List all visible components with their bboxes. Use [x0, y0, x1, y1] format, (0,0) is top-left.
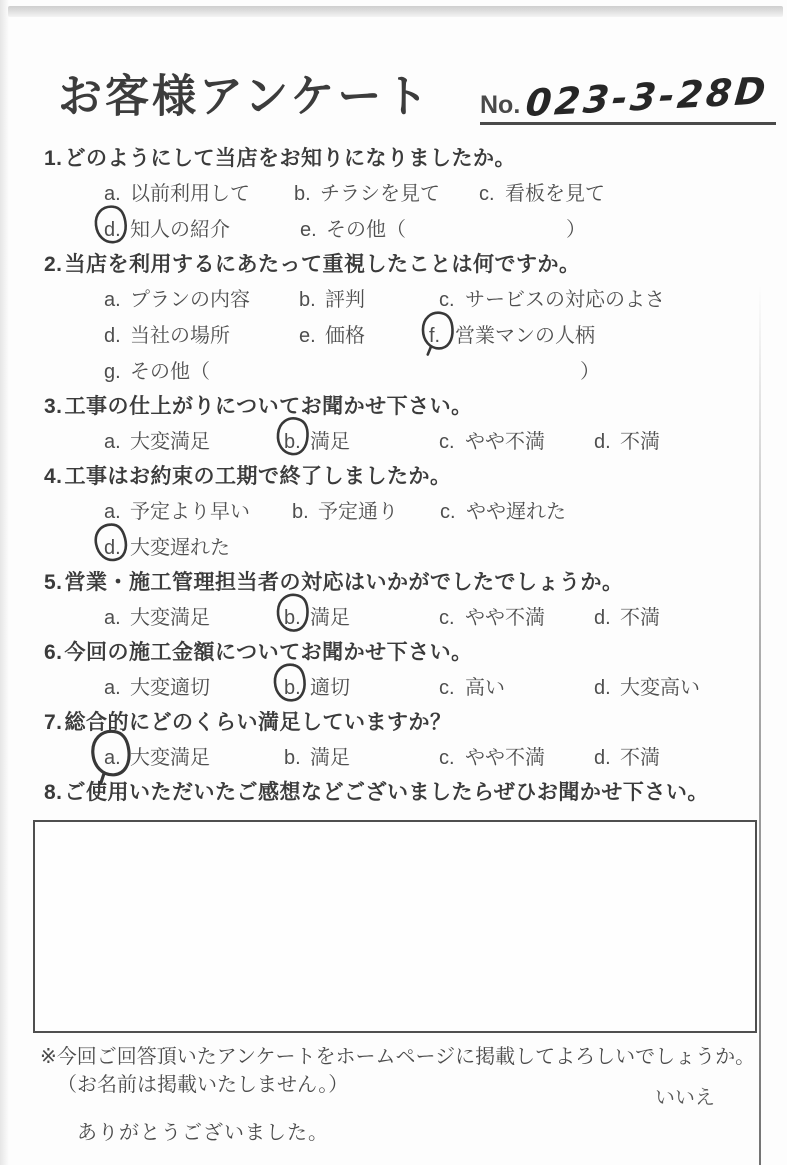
question-title: 3.工事の仕上がりについてお聞かせ下さい。: [44, 390, 761, 424]
question-title: 6.今回の施工金額についてお聞かせ下さい。: [44, 636, 761, 670]
scan-edge-top: [8, 6, 783, 17]
option-key: g.: [104, 354, 130, 390]
thanks-message: ありがとうございました。: [77, 1116, 329, 1145]
option-text: チラシを見て: [320, 176, 440, 212]
closing-paren: ）: [566, 212, 586, 248]
option-key: d.: [594, 600, 620, 636]
option-text: 適切: [310, 670, 350, 706]
option-key: c.: [439, 424, 465, 460]
option-text: 満足: [310, 424, 350, 460]
question-text: 工事の仕上がりについてお聞かせ下さい。: [65, 395, 473, 418]
option: f.営業マンの人柄: [429, 318, 595, 354]
option-key: b.: [292, 494, 318, 530]
question: 8.ご使用いただいたご感想などございましたらぜひお聞かせ下さい。: [44, 776, 761, 810]
option: c.サービスの対応のよさ: [439, 282, 665, 318]
option-row: a.大変満足b.満足c.やや不満d.不満: [44, 740, 761, 776]
option-key: b.: [294, 176, 320, 212]
option-key: a.: [104, 600, 130, 636]
option-row: d.当社の場所e.価格f.営業マンの人柄: [44, 318, 761, 354]
question-number: 1.: [44, 147, 63, 170]
option-text: 高い: [465, 670, 505, 706]
option-row: a.大変適切b.適切c.高いd.大変高い: [44, 670, 761, 706]
option-key: b.: [284, 424, 310, 460]
question-title: 2.当店を利用するにあたって重視したことは何ですか。: [44, 248, 761, 282]
option-text: 予定通り: [318, 494, 398, 530]
option-text: 価格: [325, 318, 365, 354]
option-text: 大変高い: [620, 670, 700, 706]
option: a.予定より早い: [104, 494, 292, 530]
option: d.不満: [594, 424, 660, 460]
option-key: c.: [439, 740, 465, 776]
option: g.その他（: [104, 354, 210, 390]
question-text: 営業・施工管理担当者の対応はいかがでしたでしょうか。: [65, 571, 624, 594]
question: 2.当店を利用するにあたって重視したことは何ですか。a.プランの内容b.評判c.…: [44, 248, 761, 390]
question: 7.総合的にどのくらい満足していますか？a.大変満足b.満足c.やや不満d.不満: [44, 706, 761, 776]
form-number-field: No. 023-3-28D: [480, 68, 776, 125]
option-key: c.: [439, 282, 465, 318]
question: 5.営業・施工管理担当者の対応はいかがでしたでしょうか。a.大変満足b.満足c.…: [44, 566, 761, 636]
option-key: d.: [104, 530, 130, 566]
option: b.チラシを見て: [294, 176, 479, 212]
option: c.やや不満: [439, 740, 594, 776]
option-text: 以前利用して: [130, 176, 250, 212]
option: d.大変遅れた: [104, 530, 230, 566]
option-row: a.大変満足b.満足c.やや不満d.不満: [44, 424, 761, 460]
name-privacy-note: （お名前は掲載いたしません。）: [57, 1068, 348, 1097]
form-number-label: No.: [480, 91, 520, 122]
option: c.高い: [439, 670, 594, 706]
option-key: a.: [104, 740, 130, 776]
option: b.満足: [284, 740, 439, 776]
option-text: 満足: [310, 740, 350, 776]
comment-box: [33, 820, 757, 1033]
option-text: サービスの対応のよさ: [465, 282, 665, 318]
option-row: d.知人の紹介e.その他（）: [44, 212, 761, 248]
option: a.以前利用して: [104, 176, 294, 212]
option-key: e.: [300, 212, 326, 248]
option-text: やや不満: [465, 740, 545, 776]
option-key: c.: [479, 176, 505, 212]
option-key: c.: [439, 670, 465, 706]
option-text: その他（: [326, 212, 406, 248]
questions: 1.どのようにして当店をお知りになりましたか。a.以前利用してb.チラシを見てc…: [44, 142, 761, 810]
option: c.やや不満: [439, 600, 594, 636]
question-number: 3.: [44, 395, 63, 418]
question-title: 7.総合的にどのくらい満足していますか？: [44, 706, 761, 740]
survey-page: お客様アンケート No. 023-3-28D 1.どのようにして当店をお知りにな…: [0, 0, 787, 1165]
option-row: a.プランの内容b.評判c.サービスの対応のよさ: [44, 282, 761, 318]
scan-edge-left: [0, 0, 9, 1165]
option: a.大変適切: [104, 670, 284, 706]
option-text: 大変適切: [130, 670, 210, 706]
option-key: d.: [104, 212, 130, 248]
option: c.看板を見て: [479, 176, 605, 212]
option-key: b.: [299, 282, 325, 318]
option: d.大変高い: [594, 670, 700, 706]
question-number: 4.: [44, 465, 63, 488]
option-key: d.: [594, 670, 620, 706]
option: e.その他（: [300, 212, 406, 248]
option-key: c.: [439, 600, 465, 636]
option-text: 知人の紹介: [130, 212, 230, 248]
option-key: a.: [104, 424, 130, 460]
question-text: ご使用いただいたご感想などございましたらぜひお聞かせ下さい。: [65, 781, 709, 804]
question-title: 8.ご使用いただいたご感想などございましたらぜひお聞かせ下さい。: [44, 776, 761, 810]
option: a.プランの内容: [104, 282, 299, 318]
option-key: b.: [284, 600, 310, 636]
question-number: 5.: [44, 571, 63, 594]
option-text: プランの内容: [130, 282, 250, 318]
question-title: 1.どのようにして当店をお知りになりましたか。: [44, 142, 761, 176]
question-number: 7.: [44, 711, 63, 734]
option-text: 不満: [620, 740, 660, 776]
option: d.知人の紹介: [104, 212, 300, 248]
option: b.適切: [284, 670, 439, 706]
option-key: f.: [429, 318, 455, 354]
option-key: a.: [104, 670, 130, 706]
option: a.大変満足: [104, 424, 284, 460]
form-number-handwritten-value: 023-3-28D: [524, 69, 770, 125]
option: d.不満: [594, 740, 660, 776]
option-key: b.: [284, 740, 310, 776]
option: b.予定通り: [292, 494, 440, 530]
question: 4.工事はお約束の工期で終了しましたか。a.予定より早いb.予定通りc.やや遅れ…: [44, 460, 761, 566]
question-text: どのようにして当店をお知りになりましたか。: [65, 147, 517, 170]
closing-paren: ）: [580, 354, 600, 390]
question-title: 4.工事はお約束の工期で終了しましたか。: [44, 460, 761, 494]
option-text: 営業マンの人柄: [455, 318, 595, 354]
question-text: 工事はお約束の工期で終了しましたか。: [65, 465, 452, 488]
option-text: やや不満: [465, 600, 545, 636]
option-key: a.: [104, 176, 130, 212]
option-row: a.以前利用してb.チラシを見てc.看板を見て: [44, 176, 761, 212]
question-number: 6.: [44, 641, 63, 664]
option-row: d.大変遅れた: [44, 530, 761, 566]
question: 1.どのようにして当店をお知りになりましたか。a.以前利用してb.チラシを見てc…: [44, 142, 761, 248]
option: e.価格: [299, 318, 429, 354]
option: b.評判: [299, 282, 439, 318]
option-key: d.: [594, 424, 620, 460]
publish-no-option: いいえ: [655, 1081, 715, 1110]
question-text: 総合的にどのくらい満足していますか？: [65, 711, 452, 734]
option: d.不満: [594, 600, 660, 636]
question-text: 当店を利用するにあたって重視したことは何ですか。: [65, 253, 581, 276]
question: 3.工事の仕上がりについてお聞かせ下さい。a.大変満足b.満足c.やや不満d.不…: [44, 390, 761, 460]
option: a.大変満足: [104, 600, 284, 636]
option-key: d.: [594, 740, 620, 776]
option-text: 不満: [620, 600, 660, 636]
option-key: a.: [104, 282, 130, 318]
option-text: その他（: [130, 354, 210, 390]
option-text: 予定より早い: [130, 494, 250, 530]
option-key: c.: [440, 494, 466, 530]
option-text: やや遅れた: [466, 494, 566, 530]
option-text: 大変満足: [130, 740, 210, 776]
option-key: a.: [104, 494, 130, 530]
option-text: 不満: [620, 424, 660, 460]
option-text: 評判: [325, 282, 365, 318]
page-title: お客様アンケート: [58, 59, 431, 124]
option-text: 大変満足: [130, 424, 210, 460]
option-key: d.: [104, 318, 130, 354]
question-title: 5.営業・施工管理担当者の対応はいかがでしたでしょうか。: [44, 566, 761, 600]
option-key: e.: [299, 318, 325, 354]
option-key: b.: [284, 670, 310, 706]
option-row: a.大変満足b.満足c.やや不満d.不満: [44, 600, 761, 636]
question: 6.今回の施工金額についてお聞かせ下さい。a.大変適切b.適切c.高いd.大変高…: [44, 636, 761, 706]
question-number: 2.: [44, 253, 63, 276]
option-row: g.その他（）: [44, 354, 761, 390]
option-text: 当社の場所: [130, 318, 230, 354]
option-text: やや不満: [465, 424, 545, 460]
option: b.満足: [284, 600, 439, 636]
option-text: 満足: [310, 600, 350, 636]
option: a.大変満足: [104, 740, 284, 776]
publish-permission-note: ※今回ご回答頂いたアンケートをホームページに掲載してよろしいでしょうか。: [40, 1040, 755, 1069]
option: c.やや不満: [439, 424, 594, 460]
option-text: 大変満足: [130, 600, 210, 636]
option-row: a.予定より早いb.予定通りc.やや遅れた: [44, 494, 761, 530]
option-text: 大変遅れた: [130, 530, 230, 566]
option: d.当社の場所: [104, 318, 299, 354]
option-text: 看板を見て: [505, 176, 605, 212]
option: c.やや遅れた: [440, 494, 566, 530]
question-number: 8.: [44, 781, 63, 804]
question-text: 今回の施工金額についてお聞かせ下さい。: [65, 641, 473, 664]
option: b.満足: [284, 424, 439, 460]
